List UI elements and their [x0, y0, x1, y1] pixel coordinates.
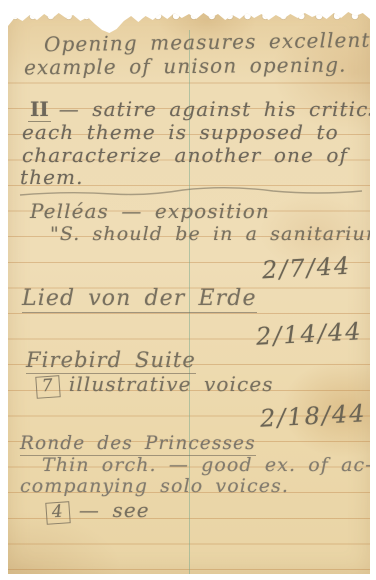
- note-line-opening-2: example of unison opening.: [24, 53, 347, 80]
- scanned-note-image: Opening measures excellent example of un…: [0, 0, 376, 580]
- lied-title-text: Lied von der Erde: [22, 286, 257, 313]
- firebird-title-text: Firebird Suite: [26, 348, 196, 374]
- ronde-note-line-1: Thin orch. — good ex. of ac-: [42, 454, 373, 476]
- ronde-note-line-2: companying solo voices.: [20, 475, 289, 497]
- ronde-title-text: Ronde des Princesses: [20, 433, 256, 456]
- date-2-14-44: 2/14/44: [255, 317, 363, 351]
- boxed-number-4: 4: [45, 501, 70, 525]
- section2-text: — satire against his critics,: [59, 97, 376, 121]
- pelleas-heading: Pelléas — exposition: [30, 199, 270, 223]
- firebird-note-text: illustrative voices: [69, 372, 274, 396]
- ronde-title: Ronde des Princesses: [20, 433, 256, 454]
- ronde-boxed-ref-line: 4— see: [46, 498, 150, 524]
- ronde-see-text: — see: [79, 498, 150, 522]
- date-2-7-44: 2/7/44: [261, 252, 352, 285]
- note-line-section2-3: characterize another one of: [22, 143, 348, 167]
- note-line-section2-1: II— satire against his critics,: [28, 97, 376, 121]
- lied-title: Lied von der Erde: [22, 286, 257, 311]
- spiral-binding-holes: [9, 10, 370, 23]
- pelleas-quote: "S. should be in a sanitarium".: [50, 223, 376, 245]
- date-2-18-44: 2/18/44: [259, 399, 367, 433]
- roman-numeral-two: II: [28, 97, 51, 122]
- firebird-note-line: 7illustrative voices: [36, 372, 274, 398]
- notebook-page: Opening measures excellent example of un…: [8, 4, 370, 574]
- firebird-title: Firebird Suite: [26, 348, 196, 372]
- boxed-number-7: 7: [35, 375, 60, 399]
- note-line-section2-4: them.: [20, 165, 84, 189]
- note-line-section2-2: each theme is supposed to: [22, 120, 339, 144]
